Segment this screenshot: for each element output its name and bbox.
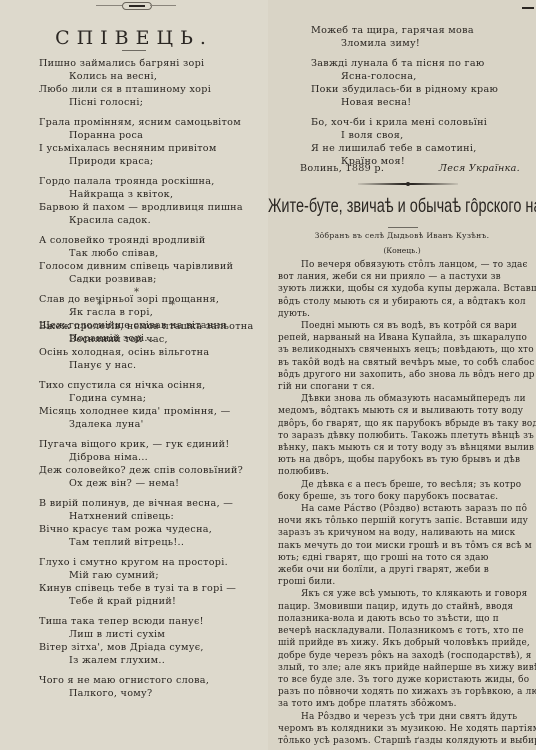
article-line: вôдъ другого ни захопить, або знова ль в… bbox=[278, 369, 536, 381]
verse-line: Ох деж він? — нема! bbox=[39, 477, 254, 490]
verse-line: Панує у нас. bbox=[39, 359, 254, 372]
stanza: Чого я не маю огнистого слова,Палкого, ч… bbox=[39, 674, 254, 700]
verse-line: Натхнений співець: bbox=[39, 510, 254, 523]
verse-line: Природи краса; bbox=[39, 155, 243, 168]
verse-line: Місяць холоднее кида' проміння, — bbox=[39, 405, 254, 418]
stanza: Грала промінням, ясним самоцьвітомПоранн… bbox=[39, 116, 243, 168]
article-line: разъ по пôвночи ходять по хижахъ зъ горѣ… bbox=[278, 686, 536, 698]
article-status: (Конець.) bbox=[268, 246, 536, 255]
article-line: въ такôй водѣ на святый вечѣръ мые, то с… bbox=[278, 357, 536, 369]
article-line: полюбивъ. bbox=[278, 466, 536, 478]
article-line: то все буде зле. Зъ того дуже користають… bbox=[278, 674, 536, 686]
verse-line: Новая весна! bbox=[311, 96, 498, 109]
stanza: Пишно займались багряні зоріКолись на ве… bbox=[39, 57, 243, 109]
verse-line: Із жалем глухим.. bbox=[39, 654, 254, 667]
stanza: Тихо спустила ся нічка осіння,Година сум… bbox=[39, 379, 254, 431]
stanza: Тиша така тепер всюди панує!Лиш в листі … bbox=[39, 615, 254, 667]
article-line: полазника-вола и дають всьо то зъѣсти, щ… bbox=[278, 613, 536, 625]
article-line: ють на двôръ, щобы парубокъ въ тую брывъ… bbox=[278, 454, 536, 466]
right-page: Можеб та щира, гарячая моваЗломила зиму!… bbox=[268, 0, 536, 750]
asterisk-icon: * bbox=[170, 300, 175, 311]
article-line: Якъ ся уже всѣ умыють, то клякають и гов… bbox=[278, 588, 536, 600]
article-title-rule bbox=[388, 227, 418, 228]
poem-part-2: Вжеж пролетів, немов пташка зальотнаВесн… bbox=[39, 320, 254, 707]
article-line: шій прийде въ хижу. Якъ добрый чоловѣкъ … bbox=[278, 637, 536, 649]
article-line: ють; єдні гварят, що гроші на тото ся зд… bbox=[278, 552, 536, 564]
article-line: жеби очи ни болїли, а другі гварят, жеби… bbox=[278, 564, 536, 576]
poem-part-1: Пишно займались багряні зоріКолись на ве… bbox=[39, 57, 243, 352]
verse-line: Завжді лунала б та пісня по гаю bbox=[311, 57, 498, 70]
article-line: то заразъ дѣвку полюбить. Такожь плетуть… bbox=[278, 430, 536, 442]
article-line: пацир. Змовивши пацир, идуть до стайнѣ, … bbox=[278, 601, 536, 613]
verse-line: Красила садок. bbox=[39, 214, 243, 227]
verse-line: Так любо співав, bbox=[39, 247, 243, 260]
stanza: Глухо і смутно кругом на просторі.Мій га… bbox=[39, 556, 254, 608]
verse-line: Осінь холодная, осінь вільготна bbox=[39, 346, 254, 359]
verse-line: Слав до вечірньої зорі прощання, bbox=[39, 293, 243, 306]
verse-line: Любо лили ся в пташиному хорі bbox=[39, 83, 243, 96]
verse-line: Поки збудилась-би в рідному краю bbox=[311, 83, 498, 96]
verse-line: Голосом дивним співець чарівливий bbox=[39, 260, 243, 273]
article-line: зують лижки, щобы ся худоба купы держала… bbox=[278, 283, 536, 295]
article-line: тôлько усѣ разомъ. Старшѣ ґазды колядуют… bbox=[278, 735, 536, 747]
verse-line: Бо, хоч-би і крила мені соловьїні bbox=[311, 116, 498, 129]
poem-title: СПІВЕЦЬ. bbox=[0, 27, 268, 49]
article-line: двôръ, бо гварят, що як парубокъ вбрыде … bbox=[278, 418, 536, 430]
verse-line: Ясна-голосна, bbox=[311, 70, 498, 83]
verse-line: Палкого, чому? bbox=[39, 687, 254, 700]
verse-line: Глухо і смутно кругом на просторі. bbox=[39, 556, 254, 569]
article-line: добре буде черезъ рôкъ на заходѣ (господ… bbox=[278, 650, 536, 662]
article-line: На Рôздво и черезъ усѣ три дни святъ йду… bbox=[278, 711, 536, 723]
section-divider-icon bbox=[358, 183, 458, 185]
article-line: По вечеря обвязують стôлъ ланцом, — то з… bbox=[278, 259, 536, 271]
stanza: Вжеж пролетів, немов пташка зальотнаВесн… bbox=[39, 320, 254, 372]
author-name: Леся Українка. bbox=[439, 163, 520, 174]
verse-line: Вжеж пролетів, немов пташка зальотна bbox=[39, 320, 254, 333]
article-line: зъ великодныхъ свяченыхъ яецъ; повѣдають… bbox=[278, 344, 536, 356]
article-line: заразъ зъ кричуном на воду, наливають на… bbox=[278, 527, 536, 539]
verse-line: Можеб та щира, гарячая мова bbox=[311, 24, 498, 37]
verse-line: Година сумна; bbox=[39, 392, 254, 405]
article-line: вечерѣ наскладували. Полазникомъ є тотъ,… bbox=[278, 625, 536, 637]
article-subtitle: Зôбранъ въ селѣ Дыдьовѣ Иванъ Кузѣнъ. bbox=[268, 231, 536, 240]
verse-line: Здалека луна' bbox=[39, 418, 254, 431]
verse-line: Грала промінням, ясним самоцьвітом bbox=[39, 116, 243, 129]
ornament-rule-icon bbox=[96, 2, 176, 10]
left-page: СПІВЕЦЬ. Пишно займались багряні зоріКол… bbox=[0, 0, 268, 750]
verse-line: Тебе й край рідний! bbox=[39, 595, 254, 608]
asterisk-icon: * bbox=[97, 300, 102, 311]
stanza: А соловейко троянді вродливійТак любо сп… bbox=[39, 234, 243, 286]
poem-ending: Можеб та щира, гарячая моваЗломила зиму!… bbox=[311, 24, 498, 175]
verse-line: А соловейко троянді вродливій bbox=[39, 234, 243, 247]
verse-line: В вирій полинув, де вічная весна, — bbox=[39, 497, 254, 510]
article-line: гій ни спогани т ся. bbox=[278, 381, 536, 393]
verse-line: Пісні голосні; bbox=[39, 96, 243, 109]
verse-line: Деж соловейко? деж спів соловьїний? bbox=[39, 464, 254, 477]
article-line: пакъ мечуть до тои миски грошѣ и въ тôмъ… bbox=[278, 540, 536, 552]
verse-line: Поранна роса bbox=[39, 129, 243, 142]
stanza: Гордо палала троянда роскішна,Найкраща з… bbox=[39, 175, 243, 227]
article-line: гроші били. bbox=[278, 576, 536, 588]
verse-line: Там теплий вітрець!.. bbox=[39, 536, 254, 549]
verse-line: І воля своя, bbox=[311, 129, 498, 142]
page-edge-mark bbox=[522, 7, 534, 9]
article-line: Де дѣвка є а песъ бреше, то весѣля; зъ к… bbox=[278, 479, 536, 491]
verse-line: Вітер зітха', мов Дріада сумує, bbox=[39, 641, 254, 654]
article-line: за тото имъ добре платять збôжомъ. bbox=[278, 698, 536, 710]
verse-line: Колись на весні, bbox=[39, 70, 243, 83]
article-line: Дѣвки знова ль обмазують насамыйпередъ л… bbox=[278, 393, 536, 405]
verse-line: Зломила зиму! bbox=[311, 37, 498, 50]
article-line: злый, то зле; але якъ прийде найперше въ… bbox=[278, 662, 536, 674]
asterisk-icon: * bbox=[134, 287, 139, 298]
article-line: На саме Рáство (Рôздво) встають заразъ п… bbox=[278, 503, 536, 515]
article-title: Жите-буте, звичаѣ и обычаѣ гôрского наро… bbox=[268, 196, 536, 218]
verse-line: Діброва німа... bbox=[39, 451, 254, 464]
article-line: вот лания, жеби ся ни прияло — а пастухи… bbox=[278, 271, 536, 283]
article-line: вѣнку, пакъ мыють ся и тоту воду зъ вѣнц… bbox=[278, 442, 536, 454]
verse-line: Я не лишилаб тебе в самотині, bbox=[311, 142, 498, 155]
verse-line: Барвою й пахом — вродливиця пишна bbox=[39, 201, 243, 214]
article-line: ночи якъ тôлько першій когутъ запіє. Вст… bbox=[278, 515, 536, 527]
title-divider bbox=[122, 50, 146, 51]
verse-line: Чого я не маю огнистого слова, bbox=[39, 674, 254, 687]
article-line: медомъ, вôдтакъ мыють ся и выливають тот… bbox=[278, 405, 536, 417]
verse-line: Лиш в листі сухім bbox=[39, 628, 254, 641]
verse-line: Гордо палала троянда роскішна, bbox=[39, 175, 243, 188]
stanza: Можеб та щира, гарячая моваЗломила зиму! bbox=[311, 24, 498, 50]
article-line: вôдъ столу мыють ся и убирають ся, а вôд… bbox=[278, 296, 536, 308]
verse-line: Найкраща з квіток, bbox=[39, 188, 243, 201]
stanza: Бо, хоч-би і крила мені соловьїніІ воля … bbox=[311, 116, 498, 168]
verse-line: Як гасла в горі, bbox=[39, 306, 243, 319]
verse-line: Пишно займались багряні зорі bbox=[39, 57, 243, 70]
verse-line: Мій гаю сумний; bbox=[39, 569, 254, 582]
verse-line: І усьміхалась весняним привітом bbox=[39, 142, 243, 155]
article-line: Поедні мыють ся въ водѣ, въ котрôй ся ва… bbox=[278, 320, 536, 332]
article-line: дують. bbox=[278, 308, 536, 320]
article-line: черомъ въ колядники зъ музикою. Не ходят… bbox=[278, 723, 536, 735]
verse-line: Садки розвивав; bbox=[39, 273, 243, 286]
article-body: По вечеря обвязують стôлъ ланцом, — то з… bbox=[278, 259, 536, 747]
stanza: Пугача віщого крик, — гук єдиний!Діброва… bbox=[39, 438, 254, 490]
article-line: репей, нарваный на Ивана Купайла, зъ шка… bbox=[278, 332, 536, 344]
place-date: Волинь, 1889 р. bbox=[300, 163, 384, 174]
stanza: В вирій полинув, де вічная весна, —Натхн… bbox=[39, 497, 254, 549]
verse-line: Тихо спустила ся нічка осіння, bbox=[39, 379, 254, 392]
verse-line: Весняний той час, bbox=[39, 333, 254, 346]
verse-line: Пугача віщого крик, — гук єдиний! bbox=[39, 438, 254, 451]
verse-line: Тиша така тепер всюди панує! bbox=[39, 615, 254, 628]
verse-line: Вічно красує там рожа чудесна, bbox=[39, 523, 254, 536]
article-line: боку бреше, зъ того боку парубокъ посват… bbox=[278, 491, 536, 503]
stanza: Завжді лунала б та пісня по гаюЯсна-голо… bbox=[311, 57, 498, 109]
verse-line: Кинув співець тебе в тузі та в горі — bbox=[39, 582, 254, 595]
